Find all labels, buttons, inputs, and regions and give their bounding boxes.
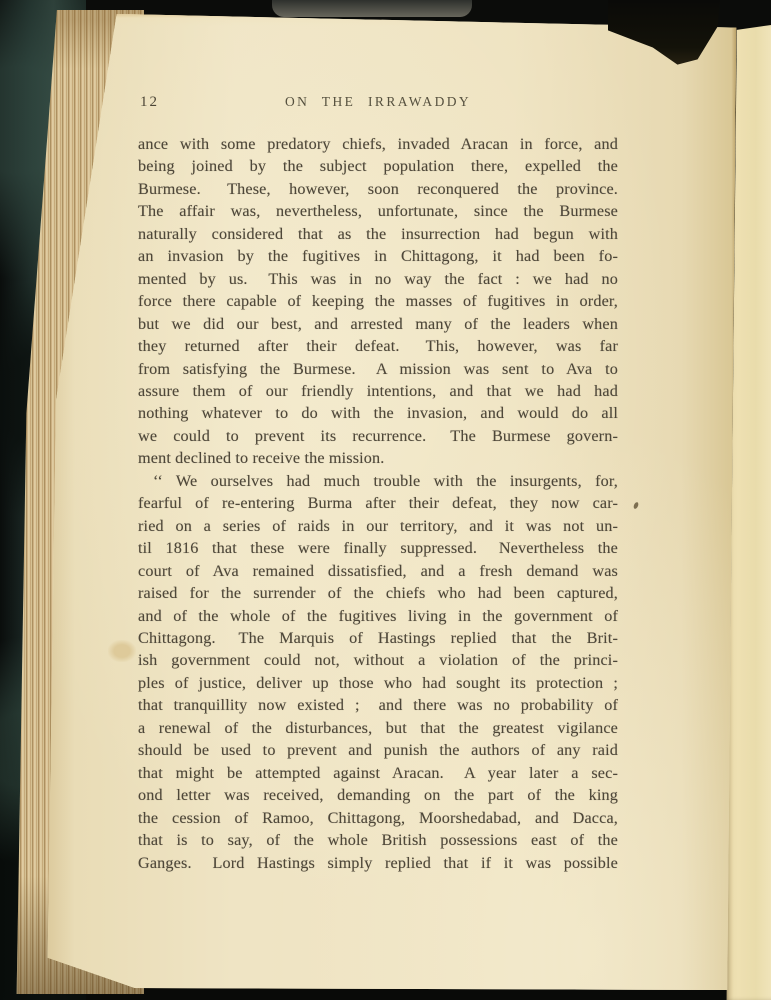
text-block: ance with some predatory chiefs, invaded… xyxy=(138,133,618,874)
body-line: that tranquillity now existed ; and ther… xyxy=(138,694,618,716)
body-line: a renewal of the disturbances, but that … xyxy=(138,717,618,739)
body-line: that is to say, of the whole British pos… xyxy=(138,829,618,851)
body-line: being joined by the subject population t… xyxy=(138,155,618,177)
book-scan: 12 ON THE IRRAWADDY ance with some preda… xyxy=(0,0,771,1000)
body-line-paragraph-start: ‘‘ We ourselves had much trouble with th… xyxy=(138,470,618,492)
body-line: court of Ava remained dissatisfied, and … xyxy=(138,560,618,582)
body-line: nothing whatever to do with the invasion… xyxy=(138,402,618,424)
body-line: The affair was, nevertheless, unfortunat… xyxy=(138,200,618,222)
body-line: raised for the surrender of the chiefs w… xyxy=(138,582,618,604)
body-line: ish government could not, without a viol… xyxy=(138,649,618,671)
page-number: 12 xyxy=(140,94,159,111)
body-line: they returned after their defeat. This, … xyxy=(138,335,618,357)
running-title: ON THE IRRAWADDY xyxy=(138,94,618,110)
body-line: and of the whole of the fugitives living… xyxy=(138,605,618,627)
body-line: til 1816 that these were finally suppres… xyxy=(138,537,618,559)
body-line: ples of justice, deliver up those who ha… xyxy=(138,672,618,694)
body-line: ried on a series of raids in our territo… xyxy=(138,515,618,537)
page-header: 12 ON THE IRRAWADDY xyxy=(138,94,618,112)
body-line: Chittagong. The Marquis of Hastings repl… xyxy=(138,627,618,649)
body-line: but we did our best, and arrested many o… xyxy=(138,313,618,335)
body-line: mented by us. This was in no way the fac… xyxy=(138,268,618,290)
body-line: force there capable of keeping the masse… xyxy=(138,290,618,312)
body-line: the cession of Ramoo, Chittagong, Moorsh… xyxy=(138,807,618,829)
body-line: that might be attempted against Aracan. … xyxy=(138,762,618,784)
body-line: assure them of our friendly intentions, … xyxy=(138,380,618,402)
body-line: should be used to prevent and punish the… xyxy=(138,739,618,761)
body-line: ond letter was received, demanding on th… xyxy=(138,784,618,806)
body-line: from satisfying the Burmese. A mission w… xyxy=(138,358,618,380)
body-line: Ganges. Lord Hastings simply replied tha… xyxy=(138,852,618,874)
body-line: fearful of re-entering Burma after their… xyxy=(138,492,618,514)
body-line: an invasion by the fugitives in Chittago… xyxy=(138,245,618,267)
page-content: 12 ON THE IRRAWADDY ance with some preda… xyxy=(0,0,771,1000)
body-line: we could to prevent its recurrence. The … xyxy=(138,425,618,447)
body-line-paragraph-end: ment declined to receive the mission. xyxy=(138,447,618,469)
body-line: ance with some predatory chiefs, invaded… xyxy=(138,133,618,155)
body-line: naturally considered that as the insurre… xyxy=(138,223,618,245)
body-line: Burmese. These, however, soon reconquere… xyxy=(138,178,618,200)
